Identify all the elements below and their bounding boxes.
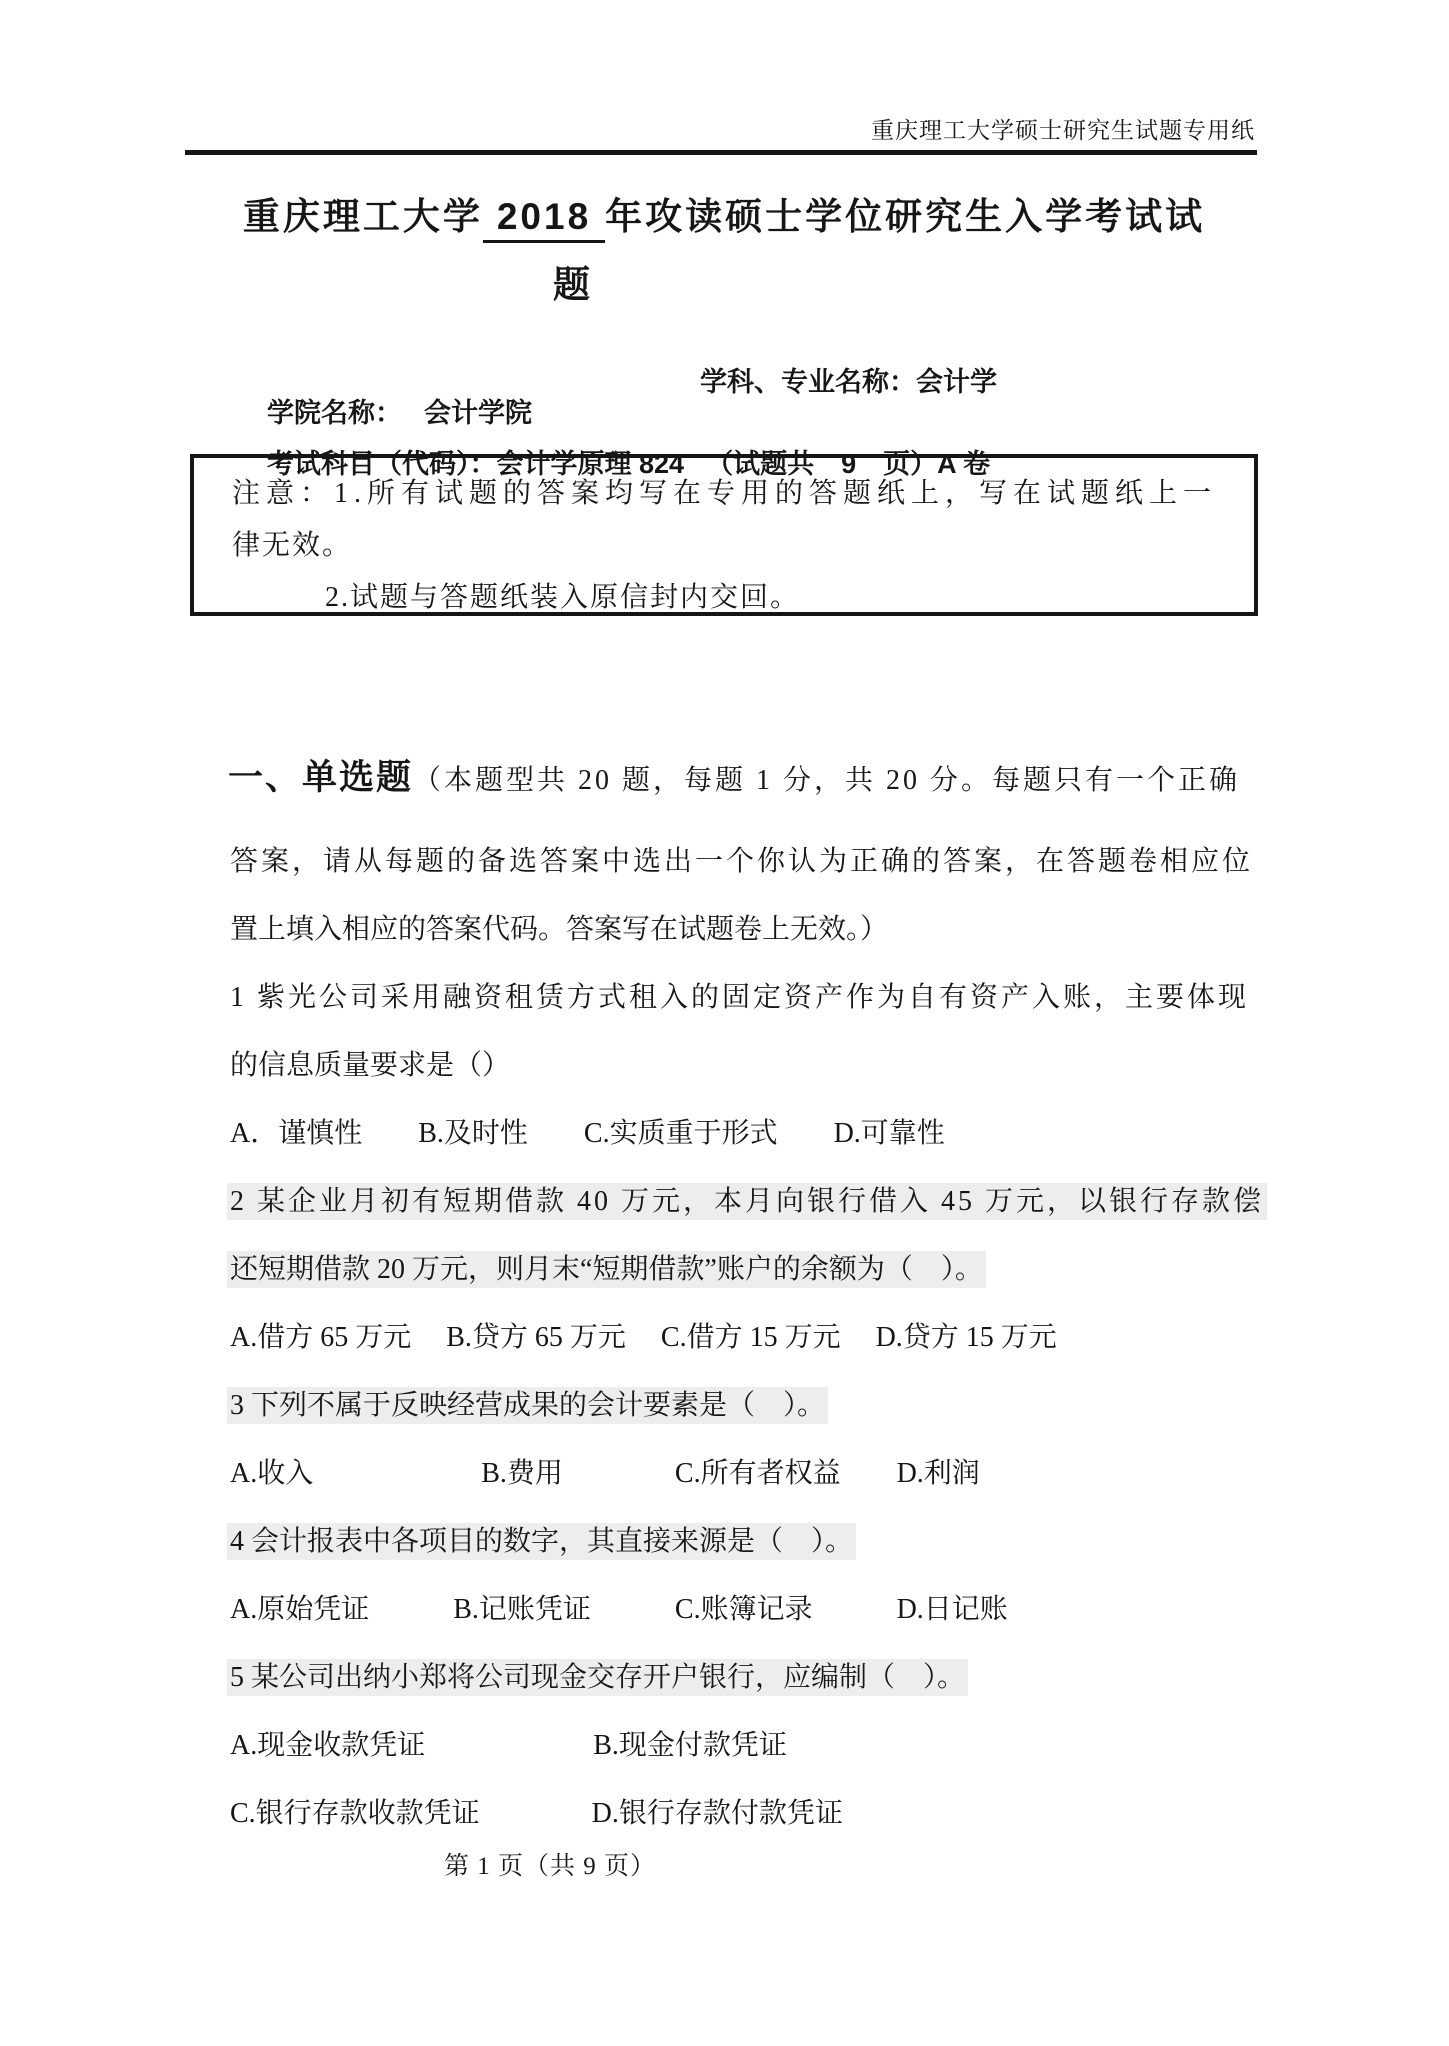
question-2-options: A.借方 65 万元 B.贷方 65 万元 C.借方 15 万元 D.贷方 15…	[230, 1304, 1260, 1372]
section-note-wrap-line: 答案，请从每题的备选答案中选出一个你认为正确的答案，在答题卷相应位	[230, 828, 1260, 896]
question-4-options: A.原始凭证 B.记账凭证 C.账簿记录 D.日记账	[230, 1576, 1260, 1644]
question-area: 答案，请从每题的备选答案中选出一个你认为正确的答案，在答题卷相应位 置上填入相应…	[230, 828, 1260, 1848]
question-4-line: 4 会计报表中各项目的数字，其直接来源是（ ）。	[230, 1508, 1260, 1576]
notice-line-2: 律无效。	[232, 520, 1236, 572]
question-2-line-1: 2 某企业月初有短期借款 40 万元，本月向银行借入 45 万元，以银行存款偿	[230, 1168, 1260, 1236]
major-label: 学科、专业名称：	[700, 367, 916, 397]
header-divider-line	[185, 150, 1257, 155]
paper-header-text: 重庆理工大学硕士研究生试题专用纸	[871, 112, 1255, 145]
title-year-underlined: 2018	[483, 196, 605, 243]
section-single-choice: 一、单选题（本题型共 20 题，每题 1 分，共 20 分。每题只有一个正确	[228, 750, 1240, 800]
exam-title-line1: 重庆理工大学2018年攻读硕士学位研究生入学考试试	[190, 186, 1258, 240]
question-3-options: A.收入 B.费用 C.所有者权益 D.利润	[230, 1440, 1260, 1508]
notice-line-3: 2.试题与答题纸装入原信封内交回。	[232, 572, 1236, 624]
notice-line-1: 注意：1.所有试题的答案均写在专用的答题纸上，写在试题纸上一	[232, 468, 1236, 520]
exam-title-line2: 题	[553, 254, 590, 308]
question-5-options-cd: C.银行存款收款凭证 D.银行存款付款凭证	[230, 1780, 1260, 1848]
question-5-options-ab: A.现金收款凭证 B.现金付款凭证	[230, 1712, 1260, 1780]
notice-box: 注意：1.所有试题的答案均写在专用的答题纸上，写在试题纸上一 律无效。 2.试题…	[190, 454, 1258, 616]
section-heading: 一、单选题	[228, 758, 413, 797]
major-value: 会计学	[916, 367, 997, 397]
title-prefix: 重庆理工大学	[243, 196, 483, 237]
question-1-line-2: 的信息质量要求是（）	[230, 1032, 1260, 1100]
question-2-line-2: 还短期借款 20 万元，则月末“短期借款”账户的余额为（ ）。	[230, 1236, 1260, 1304]
section-note: （本题型共 20 题，每题 1 分，共 20 分。每题只有一个正确	[413, 765, 1240, 796]
title-suffix: 年攻读硕士学位研究生入学考试试	[605, 196, 1205, 237]
section-note-end-line: 置上填入相应的答案代码。答案写在试题卷上无效。）	[230, 896, 1260, 964]
major-group: 学科、专业名称：会计学	[700, 360, 997, 399]
question-5-line: 5 某公司出纳小郑将公司现金交存开户银行，应编制（ ）。	[230, 1644, 1260, 1712]
question-3-line: 3 下列不属于反映经营成果的会计要素是（ ）。	[230, 1372, 1260, 1440]
question-1-options: A．谨慎性 B.及时性 C.实质重于形式 D.可靠性	[230, 1100, 1260, 1168]
exam-paper-page: 重庆理工大学硕士研究生试题专用纸 重庆理工大学2018年攻读硕士学位研究生入学考…	[0, 0, 1449, 2046]
page-number-footer: 第 1 页（共 9 页）	[190, 1846, 910, 1882]
question-1-line-1: 1 紫光公司采用融资租赁方式租入的固定资产作为自有资产入账，主要体现	[230, 964, 1260, 1032]
